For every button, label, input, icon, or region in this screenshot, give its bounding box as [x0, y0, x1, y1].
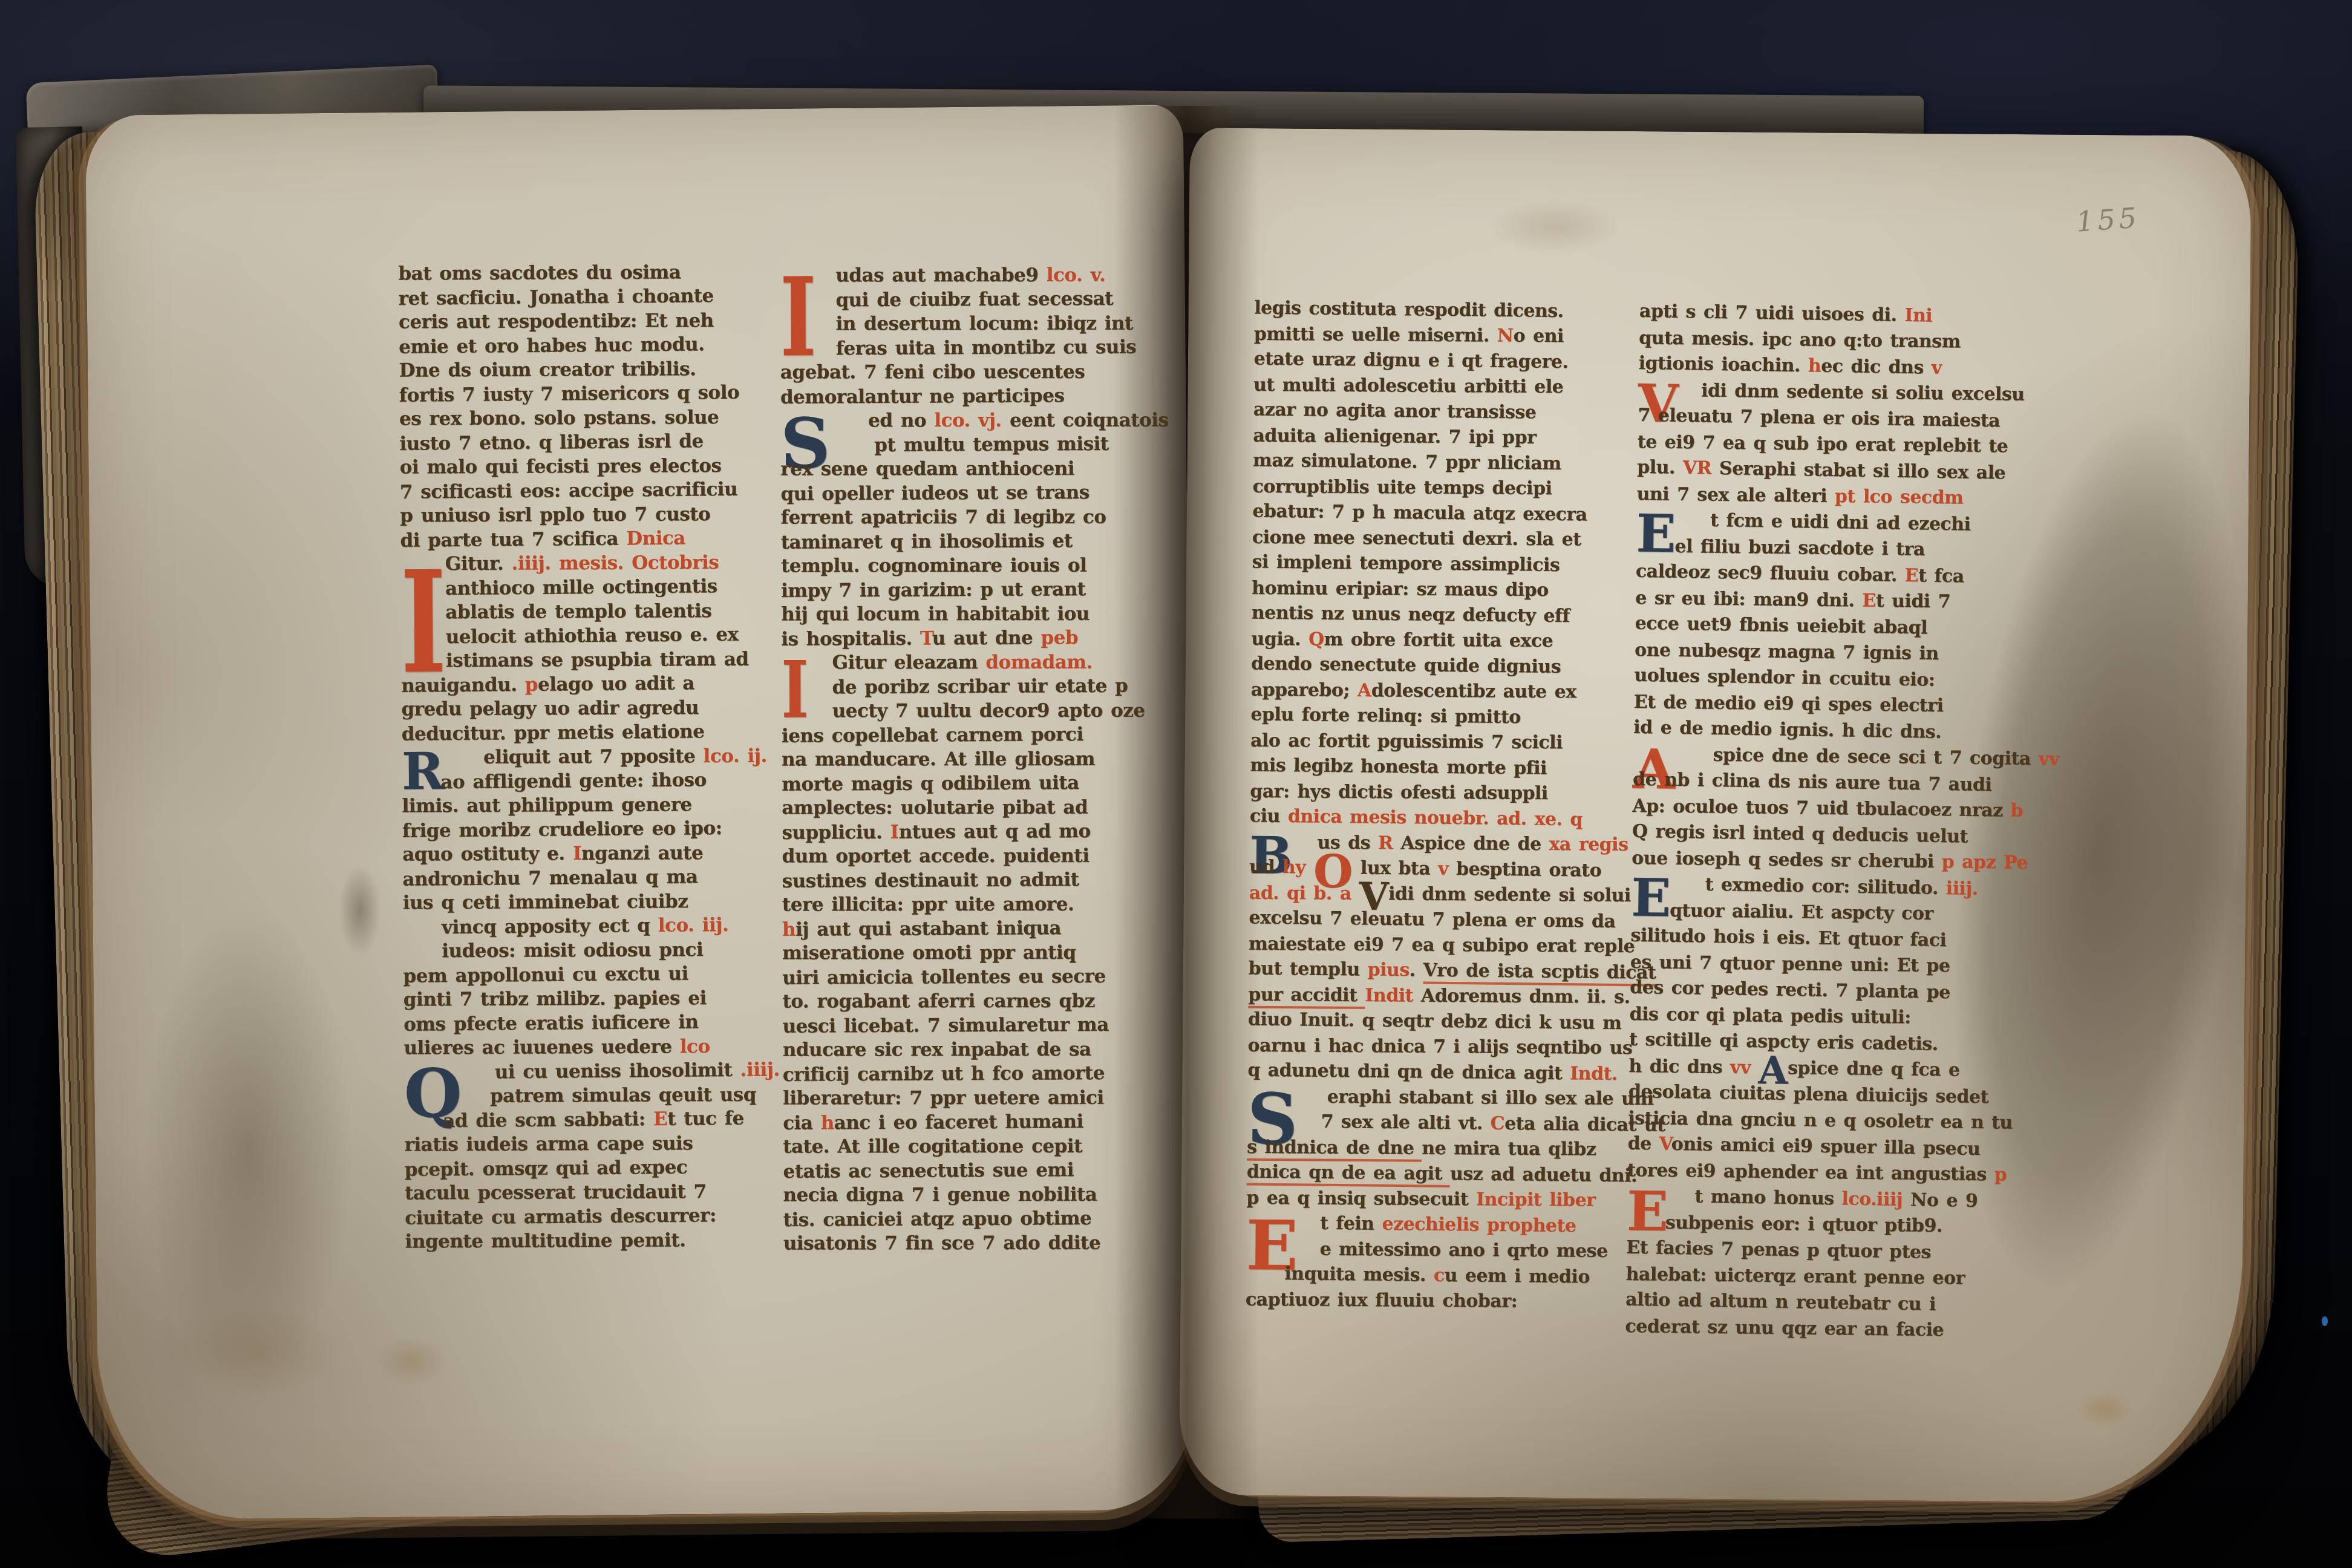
body-text: taculu pcesserat trucidauit 7: [405, 1181, 707, 1204]
body-text: .: [1409, 959, 1423, 981]
rubric-text: lco: [680, 1036, 710, 1057]
body-text: s indnica de dne: [1247, 1137, 1422, 1162]
body-text: impy 7 in garizim: p ut erant: [781, 578, 1086, 602]
body-text: dolescentibz aute ex: [1371, 680, 1576, 702]
body-text: Gitur.: [445, 553, 512, 575]
rubric-text: p: [525, 674, 538, 696]
body-text: Aspice dne de: [1400, 832, 1549, 855]
body-text: riatis iudeis arma cape suis: [404, 1132, 693, 1155]
body-text: cione mee senectuti dexri. sla et: [1252, 527, 1581, 550]
manuscript-line: feras uita in montibz cu suis: [780, 338, 1168, 364]
body-text: uisatonis 7 fin sce 7 ado ddite: [783, 1232, 1100, 1255]
body-text: necia digna 7 i genue nobilita: [783, 1184, 1097, 1206]
manuscript-line: taculu pcesserat trucidauit 7: [405, 1182, 775, 1208]
rubric-text: N: [1497, 325, 1514, 347]
body-text: altio ad altum n reutebatr cu i: [1625, 1289, 1936, 1315]
manuscript-line: eliquit aut 7 pposite lco. ij.: [402, 747, 772, 773]
rubric-text: ad. qi b. a: [1249, 883, 1359, 904]
body-text: ret sacficiu. Jonatha i choante: [398, 285, 713, 310]
manuscript-line: miseratione omoti ppr antiq: [782, 944, 1169, 969]
body-text: uolues splendor in ccuitu eio:: [1634, 665, 1935, 691]
manuscript-line: sustines destinauit no admit: [782, 870, 1169, 897]
body-text: apti s cli 7 uidi uisoes di.: [1639, 301, 1905, 326]
body-text: iens copellebat carnem porci: [782, 724, 1083, 747]
manuscript-line: dum oportet accede. puidenti: [782, 847, 1169, 872]
body-text: mis legibz honesta morte pfii: [1250, 754, 1547, 779]
body-text: oi malo qui fecisti pres electos: [400, 455, 722, 479]
body-text: ut multi adolescetiu arbitti ele: [1253, 374, 1563, 397]
body-text: nauigandu.: [401, 674, 525, 697]
manuscript-line: qui de ciuibz fuat secessat: [780, 289, 1167, 316]
body-text: e mitessimo ano i qrto mese: [1320, 1239, 1608, 1262]
body-text: spice dne q fca e: [1788, 1057, 1960, 1080]
manuscript-line: Gitur eleazam domadam.: [781, 653, 1168, 678]
body-text: anc i eo faceret humani: [834, 1111, 1083, 1134]
body-text: cederat sz unu qqz ear an facie: [1625, 1316, 1944, 1341]
body-text: Et neh: [645, 310, 714, 332]
body-text: ginti 7 tribz milibz. papies ei: [403, 987, 707, 1010]
body-text: qui de ciuibz fuat secessat: [835, 288, 1113, 312]
body-text: onis amici ei9 spuer illa psecu: [1671, 1134, 1980, 1160]
manuscript-line: ingente multitudine pemit.: [405, 1230, 775, 1256]
body-text: plu.: [1637, 457, 1683, 479]
manuscript-line: uisatonis 7 fin sce 7 ado ddite: [783, 1234, 1171, 1259]
rubric-text: h: [821, 1112, 834, 1134]
manuscript-line: agebat. 7 feni cibo uescentes: [780, 363, 1168, 388]
body-text: tate. At ille cogitatione cepit: [783, 1135, 1082, 1158]
rubric-text: pius: [1367, 959, 1409, 981]
manuscript-line: morte magis q odibilem uita: [782, 773, 1169, 800]
rubric-text: pt lco secdm: [1835, 486, 1964, 509]
body-text: templu. cognominare iouis ol: [781, 555, 1086, 577]
rubric-text: p apz Pe: [1941, 851, 2028, 874]
body-text: caldeoz sec9 fluuiu cobar.: [1636, 561, 1905, 586]
stain: [339, 865, 381, 956]
manuscript-line: to. rogabant aferri carnes qbz: [782, 992, 1169, 1017]
body-text: oue ioseph q sedes sr cherubi: [1632, 848, 1942, 872]
manuscript-line: oms pfecte eratis iuficere in: [403, 1012, 774, 1040]
body-text: dnica qn de ea agit: [1247, 1161, 1451, 1187]
text-column-4: apti s cli 7 uidi uisoes di. Iniquta mes…: [1625, 302, 2039, 1348]
manuscript-line: hij aut qui astabant iniqua: [782, 918, 1169, 945]
manuscript-line: pcepit. omsqz qui ad expec: [405, 1157, 775, 1185]
body-text: idi dnm sedente si solui: [1388, 883, 1631, 906]
rubric-text: c: [1434, 1265, 1445, 1286]
manuscript-line: anthioco mille octingentis: [400, 577, 771, 604]
body-text: Dne ds oium creator tribilis.: [399, 358, 696, 381]
body-text: m obre fortit uita exce: [1324, 629, 1553, 652]
manuscript-line: captiuoz iux fluuiu chobar:: [1246, 1291, 1645, 1319]
manuscript-line: p uniuso isrl pplo tuo 7 custo: [400, 505, 770, 531]
rubric-text: b: [2010, 800, 2023, 822]
rubric-text: lco.iiij: [1841, 1188, 1910, 1210]
manuscript-line: rex sene quedam anthioceni: [780, 460, 1168, 485]
stain: [181, 1307, 339, 1397]
body-text: diuo Inuit. q seqtr debz dici k usu m: [1248, 1008, 1622, 1034]
body-text: bat oms sacdotes du osima: [398, 261, 681, 284]
manuscript-line: ciuitate cu armatis descurrer:: [405, 1206, 775, 1233]
rubric-text: xa regis: [1549, 834, 1628, 855]
body-text: patrem simulas qeuit usq: [490, 1084, 756, 1107]
body-text: uecty 7 uultu decor9 apto oze: [832, 700, 1145, 722]
body-text: Adoremus dnm. ii. s.: [1421, 985, 1630, 1008]
body-text: t mano honus: [1694, 1186, 1842, 1209]
manuscript-line: de poribz scribar uir etate p: [781, 676, 1168, 703]
body-text: 7 sex ale alti vt.: [1321, 1111, 1491, 1134]
body-text: pur accidit: [1248, 984, 1365, 1009]
rubric-text: Incipit liber: [1476, 1189, 1596, 1210]
rubric-text: VR: [1683, 457, 1720, 479]
body-text: uelocit athiothia reuso e. ex: [445, 624, 738, 648]
rubric-text: .iiij.: [740, 1059, 779, 1081]
rubric-text: Q: [1308, 629, 1324, 650]
manuscript-line: ed no lco. vj. eent coiqnatois: [780, 411, 1168, 436]
manuscript-line: taminaret q in ihosolimis et: [781, 531, 1168, 558]
folio-number: 155: [2075, 201, 2141, 238]
body-text: des cor pedes recti. 7 planta pe: [1630, 977, 1950, 1003]
rubric-text: I: [890, 822, 898, 843]
manuscript-line: vincq apposity ect q lco. iij.: [403, 915, 773, 943]
body-text: udas aut machabe9: [835, 264, 1046, 286]
body-text: etate uraz dignu e i qt fragere.: [1253, 348, 1568, 373]
body-text: si impleni tempore assimplicis: [1252, 551, 1560, 576]
manuscript-line: necia digna 7 i genue nobilita: [783, 1186, 1170, 1210]
body-text: andronichu 7 menalau q ma: [402, 866, 697, 890]
body-text: ec dic dns: [1821, 356, 1932, 379]
body-text: maz simulatone. 7 ppr nliciam: [1253, 449, 1561, 474]
rubric-text: Ini: [1904, 305, 1932, 327]
body-text: Vro de ista scptis dicat: [1423, 960, 1656, 987]
rubric-text: domadam.: [985, 652, 1093, 673]
body-text: Et facies 7 penas p qtuor ptes: [1626, 1237, 1931, 1263]
body-text: tis. caniciei atqz apuo obtime: [783, 1207, 1092, 1231]
rubric-text: Indt.: [1570, 1063, 1618, 1085]
manuscript-line: ao affligendi gente: ihoso: [402, 770, 772, 798]
rubric-text: I: [573, 843, 581, 864]
body-text: isticia dna gnciu n e q osoletr ea n tu: [1628, 1108, 2013, 1134]
body-text: istimans se psupbia tiram ad: [446, 648, 749, 671]
rubric-text: lco. v.: [1047, 264, 1106, 286]
body-text: nganzi aute: [581, 842, 703, 864]
body-text: ius q ceti imminebat ciuibz: [403, 890, 688, 913]
body-text: limis. aut philippum genere: [402, 794, 691, 817]
manuscript-line: ferrent apatriciis 7 di legibz co: [781, 508, 1168, 533]
rubric-text: iiij.: [1945, 878, 1978, 900]
body-text: ed no: [868, 410, 934, 431]
body-text: ij aut qui astabant iniqua: [795, 917, 1061, 940]
rubric-text: E: [653, 1108, 667, 1130]
body-text: pt multu tempus misit: [874, 433, 1109, 456]
manuscript-line: nauigandu. pelago uo adit a: [401, 673, 771, 701]
rubric-text: Indit: [1365, 985, 1421, 1007]
body-text: ecce uet9 fbnis ueiebit abaql: [1635, 613, 1927, 639]
body-text: ciu: [1250, 805, 1288, 827]
body-text: ugia.: [1251, 629, 1308, 650]
manuscript-line: istimans se psupbia tiram ad: [401, 650, 771, 676]
body-text: u aut dne: [932, 627, 1041, 649]
body-text: corruptiblis uite temps decipi: [1253, 476, 1552, 499]
text-column-2: Iudas aut machabe9 lco. v.qui de ciuibz …: [780, 266, 1171, 1259]
body-text: vincq apposity ect q: [442, 915, 658, 938]
body-text: halebat: uicterqz erant penne eor: [1625, 1264, 1965, 1289]
body-text: but templu: [1249, 958, 1368, 980]
rubric-text: Dnica: [626, 528, 685, 550]
body-text: miseratione omoti ppr antiq: [782, 942, 1076, 964]
body-text: aduita alienigenar. 7 ipi ppr: [1253, 425, 1536, 448]
body-text: captiuoz iux fluuiu chobar:: [1246, 1289, 1517, 1312]
rubric-text: vv: [1730, 1057, 1759, 1079]
rubric-text: v: [1931, 358, 1941, 379]
body-text: anthioco mille octingentis: [445, 575, 717, 599]
body-text: morte magis q odibilem uita: [782, 772, 1079, 795]
manuscript-line: cederat sz unu qqz ear an facie: [1625, 1318, 2024, 1348]
body-text: t fein: [1320, 1213, 1382, 1235]
manuscript-line: uesci licebat. 7 simularetur ma: [782, 1015, 1169, 1042]
body-text: hominu eripiar: sz maus dipo: [1252, 578, 1549, 601]
body-text: spice dne de sece sci t 7 cogita: [1713, 745, 2039, 769]
body-text: deducitur. ppr metis elatione: [402, 720, 705, 745]
body-text: idi dnm sedente si soliu excelsu: [1701, 380, 2025, 405]
body-text: h dic dns: [1628, 1056, 1730, 1078]
body-text: na manducare. At ille gliosam: [782, 748, 1095, 771]
rubric-text: lco. ij.: [703, 745, 766, 768]
body-text: el filiu buzi sacdote i tra: [1674, 536, 1925, 560]
body-text: amplectes: uolutarie pibat ad: [782, 797, 1088, 819]
manuscript-line: suppliciu. Intues aut q ad mo: [782, 822, 1169, 848]
body-text: t tuc fe: [667, 1108, 744, 1130]
rubric-text: h: [782, 919, 795, 941]
body-text: es uni 7 qtuor penne uni: Et pe: [1630, 952, 1950, 976]
body-text: fortis 7 iusty 7 misericors q solo: [399, 382, 740, 407]
body-text: ntues aut q ad mo: [898, 820, 1090, 843]
body-text: oarnu i hac dnica 7 i alijs seqntibo us: [1247, 1035, 1632, 1059]
body-text: t exmedio cor: silitudo.: [1705, 874, 1946, 899]
body-text: uesci licebat. 7 simularetur ma: [782, 1014, 1108, 1037]
body-text: t fca: [1918, 565, 1964, 587]
rubric-text: peb: [1040, 627, 1078, 648]
body-text: es rex bono. solo pstans. solue: [399, 407, 719, 430]
body-text: te ei9 7 ea q sub ipo erat replebit te: [1638, 431, 2008, 457]
manuscript-line: amplectes: uolutarie pibat ad: [782, 799, 1169, 823]
manuscript-line: ad die scm sabbati: Et tuc fe: [404, 1109, 774, 1137]
body-text: eent coiqnatois: [1010, 410, 1169, 431]
body-text: ebatur: 7 p h macula atqz execra: [1252, 500, 1587, 525]
body-text: one nubesqz magna 7 ignis in: [1635, 639, 1939, 664]
rubric-text: hy: [1282, 857, 1314, 878]
body-text: No e 9: [1910, 1189, 1978, 1212]
rubric-text: h: [1808, 355, 1821, 376]
body-text: u eem i medio: [1444, 1265, 1590, 1288]
manuscript-line: eraphi stabant si illo sex ale uni: [1247, 1088, 1647, 1116]
manuscript-line: ginti 7 tribz milibz. papies ei: [403, 988, 774, 1014]
manuscript-line: frige moribz crudeliore eo ipo:: [402, 818, 773, 846]
blue-speck: [2322, 1316, 2328, 1326]
manuscript-line: aquo ostituty e. Inganzi aute: [402, 844, 773, 870]
stain: [1488, 200, 1621, 254]
rubric-text: C: [1490, 1113, 1504, 1134]
manuscript-line: pem appollonui cu exctu ui: [403, 964, 773, 991]
body-text: t uidi 7: [1876, 590, 1951, 612]
body-text: iusto 7 etno. q liberas isrl de: [399, 430, 704, 455]
body-text: dendo senectute quide dignius: [1251, 653, 1561, 678]
manuscript-photo: 155 bat oms sacdotes du osimaret sacfici…: [0, 0, 2352, 1568]
body-text: qui opeller iudeos ut se trans: [780, 482, 1089, 505]
body-text: agebat. 7 feni cibo uescentes: [780, 361, 1085, 384]
body-text: eplu forte relinq: si pmitto: [1250, 704, 1521, 728]
body-text: dis cor qi plata pedis uituli:: [1629, 1004, 1911, 1028]
rubric-text: V: [1659, 1133, 1671, 1154]
body-text: ciuitate cu armatis descurrer:: [405, 1204, 716, 1229]
body-text: maiestate ei9 7 ea q subipo erat reple: [1249, 933, 1635, 957]
body-text: oms pfecte eratis iuficere in: [403, 1011, 699, 1035]
body-text: eliquit aut 7 pposite: [483, 745, 704, 768]
manuscript-line: in desertum locum: ibiqz int: [780, 315, 1167, 339]
rubric-text: .iiij. mesis. Octobris: [511, 552, 719, 575]
body-text: pmitti se uelle miserni.: [1254, 324, 1497, 347]
rubric-text: p: [1994, 1164, 2007, 1185]
body-text: elago uo adit a: [538, 672, 694, 695]
body-text: Ap: oculoe tuos 7 uid tbulacoez nraz: [1632, 795, 2010, 821]
manuscript-line: p ea q insiq subsecuit Incipit liber: [1246, 1189, 1645, 1217]
manuscript-line: iens copellebat carnem porci: [782, 725, 1169, 751]
manuscript-line: na manducare. At ille gliosam: [782, 750, 1169, 775]
body-text: ud: [1249, 856, 1282, 878]
body-text: dum oportet accede. puidenti: [782, 845, 1089, 867]
stain: [375, 1337, 448, 1385]
manuscript-line: demoralantur ne participes: [780, 386, 1168, 413]
body-text: Seraphi stabat si illo sex ale: [1719, 458, 2006, 484]
body-text: gredu pelagy uo adir agredu: [401, 697, 699, 720]
body-text: ceris aut respodentibz:: [399, 310, 645, 333]
body-text: etatis ac senectutis sue emi: [783, 1159, 1074, 1183]
body-text: besptina orato: [1456, 858, 1601, 881]
body-text: quta mesis. ipc ano q:to transm: [1639, 327, 1961, 352]
manuscript-line: 7 scificasti eos: accipe sacrificiu: [400, 480, 770, 508]
body-text: suppliciu.: [782, 822, 890, 844]
manuscript-line: cia hanc i eo faceret humani: [783, 1112, 1170, 1138]
body-text: alo ac fortit pguissimis 7 scicli: [1250, 730, 1563, 753]
body-text: sustines destinauit no admit: [782, 869, 1079, 892]
body-text: tere illicita: ppr uite amore.: [782, 893, 1074, 916]
body-text: o eni: [1513, 325, 1563, 347]
body-text: ao affligendi gente: ihoso: [440, 769, 707, 793]
body-text: azar no agita anor transisse: [1253, 399, 1537, 423]
rubric-text: lco. vj.: [934, 410, 1010, 431]
body-text: gar: hys dictis ofesti adsuppli: [1250, 781, 1548, 804]
body-text: p uniuso isrl pplo tuo 7 custo: [400, 503, 710, 527]
text-column-3: legis costituta respodit dicens.pmitti s…: [1246, 299, 1654, 1319]
manuscript-line: tate. At ille cogitatione cepit: [783, 1137, 1170, 1162]
body-text: apparebo;: [1251, 679, 1357, 701]
body-text: taminaret q in ihosolimis et: [781, 530, 1073, 554]
body-text: uiri amicicia tollentes eu secre: [782, 965, 1106, 989]
manuscript-line: qui opeller iudeos ut se trans: [780, 483, 1168, 509]
rubric-text: E: [1862, 590, 1876, 612]
body-text: ingente multitudine pemit.: [405, 1229, 685, 1252]
body-text: e sr eu ibi: man9 dni.: [1635, 587, 1863, 611]
manuscript-line: liberaretur: 7 ppr uetere amici: [783, 1089, 1170, 1114]
body-text: legis costituta respodit dicens.: [1254, 297, 1564, 322]
body-text: Gitur eleazam: [832, 652, 985, 673]
manuscript-line: templu. cognominare iouis ol: [781, 557, 1168, 581]
manuscript-line: iudeos: misit odiosu pnci: [403, 940, 773, 966]
body-text: Q regis isrl inted q deducis uelut: [1632, 821, 1968, 848]
manuscript-line: ceris aut respodentibz: Et neh: [399, 312, 769, 338]
body-text: feras uita in montibz cu suis: [836, 336, 1137, 360]
body-text: ne mira tua qlibz: [1422, 1138, 1596, 1160]
body-text: de poribz scribar uir etate p: [832, 675, 1128, 699]
manuscript-line: tis. caniciei atqz apuo obtime: [783, 1209, 1171, 1235]
body-text: rex sene quedam anthioceni: [780, 458, 1074, 480]
body-text: ablatis de templo talentis: [445, 600, 711, 623]
manuscript-line: udas aut machabe9 lco. v.: [780, 266, 1167, 291]
body-text: Et de medio ei9 qi spes electri: [1634, 691, 1944, 716]
manuscript-line: nducare sic rex inpabat de sa: [783, 1040, 1170, 1065]
body-text: de: [1627, 1133, 1659, 1155]
manuscript-line: emie et oro habes huc modu.: [399, 335, 769, 362]
body-text: liberaretur: 7 ppr uetere amici: [783, 1087, 1104, 1109]
body-text: id e de medio ignis. h dic dns.: [1633, 717, 1941, 743]
rubric-text: vv: [2039, 748, 2059, 769]
body-text: nentis nz unus neqz defucty eff: [1252, 602, 1570, 627]
body-text: pem appollonui cu exctu ui: [403, 962, 688, 987]
manuscript-line: uiri amicicia tollentes eu secre: [782, 967, 1169, 993]
manuscript-line: es rex bono. solo pstans. solue: [399, 408, 769, 434]
manuscript-line: impy 7 in garizim: p ut erant: [781, 580, 1168, 606]
body-text: ad die scm sabbati:: [443, 1108, 653, 1132]
body-text: silitudo hois i eis. Et qtuor faci: [1630, 925, 1946, 951]
manuscript-line: hij qui locum in habitabit iou: [781, 605, 1168, 630]
body-text: to. rogabant aferri carnes qbz: [782, 990, 1094, 1013]
body-text: cia: [783, 1112, 821, 1134]
manuscript-line: is hospitalis. Tu aut dne peb: [781, 628, 1168, 655]
body-text: 7 scificasti eos: accipe sacrificiu: [400, 479, 737, 503]
rubric-text: lco. iij.: [658, 914, 729, 936]
body-text: usz ad aduetu dni.: [1450, 1163, 1637, 1186]
manuscript-line: etatis ac senectutis sue emi: [783, 1160, 1170, 1187]
body-text: iudeos: misit odiosu pnci: [442, 939, 703, 962]
body-text: crificij carnibz ut h fco amorte: [783, 1062, 1105, 1086]
manuscript-line: gredu pelagy uo adir agredu: [401, 699, 771, 725]
body-text: qtuor aialiu. Et aspcty cor: [1670, 900, 1933, 924]
body-text: excelsu 7 eleuatu 7 plena er oms da: [1249, 907, 1615, 932]
body-text: ferrent apatriciis 7 di legibz co: [781, 506, 1106, 529]
body-text: aquo ostituty e.: [402, 843, 573, 865]
rubric-text: dnica mesis nouebr. ad. xe. q: [1288, 806, 1583, 830]
body-text: frige moribz crudeliore eo ipo:: [402, 817, 722, 842]
manuscript-line: tere illicita: ppr uite amore.: [782, 895, 1169, 920]
rubric-text: ezechielis prophete: [1382, 1214, 1576, 1236]
manuscript-line: crificij carnibz ut h fco amorte: [783, 1063, 1170, 1090]
manuscript-line: pt multu tempus misit: [780, 434, 1168, 461]
rubric-text: A: [1357, 680, 1371, 701]
rubric-text: T: [920, 627, 932, 649]
body-text: inquita mesis.: [1284, 1263, 1434, 1286]
stain: [2078, 1391, 2132, 1428]
body-text: tores ei9 aphender ea int angustias: [1627, 1160, 1994, 1185]
manuscript-line: andronichu 7 menalau q ma: [402, 867, 773, 895]
rubric-text: R: [1378, 832, 1401, 854]
manuscript-line: uecty 7 uultu decor9 apto oze: [782, 702, 1169, 727]
body-text: hij qui locum in habitabit iou: [781, 603, 1089, 626]
body-text: eraphi stabant si illo sex ale uni: [1327, 1086, 1654, 1110]
body-text: in desertum locum: ibiqz int: [835, 313, 1132, 335]
body-text: subpenis eor: i qtuor ptib9.: [1665, 1212, 1942, 1236]
body-text: ui cu ueniss ihosolimit: [494, 1059, 740, 1083]
manuscript-line: riatis iudeis arma cape suis: [404, 1134, 774, 1160]
body-text: t fcm e uidi dni ad ezechi: [1710, 510, 1971, 535]
rubric-text: E: [1904, 565, 1918, 586]
